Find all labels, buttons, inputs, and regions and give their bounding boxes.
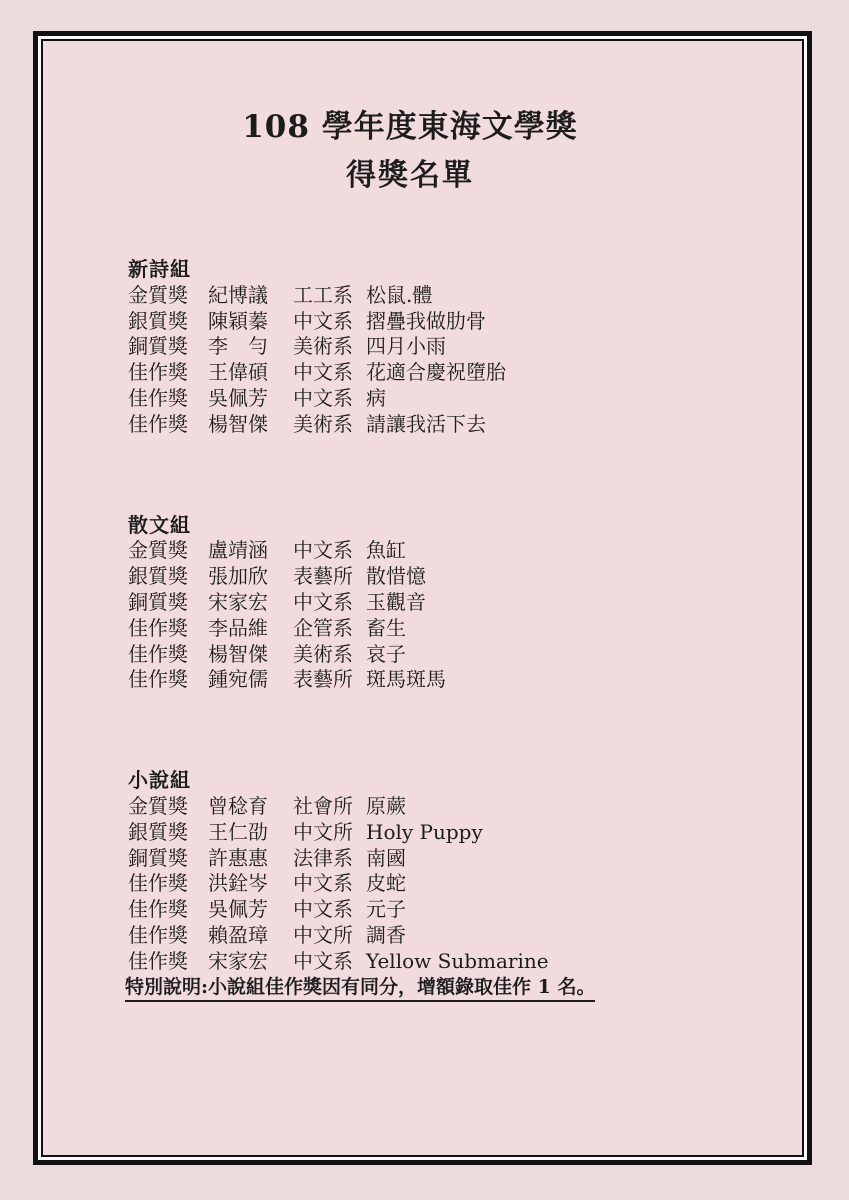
award-row: 佳作獎 賴盈璋 中文所 調香 [128, 923, 762, 949]
winner-name: 宋家宏 [208, 949, 293, 975]
award-row: 金質獎 盧靖涵 中文系 魚缸 [128, 538, 762, 564]
award-type: 佳作獎 [128, 949, 208, 975]
award-type: 金質獎 [128, 538, 208, 564]
award-row: 佳作獎 楊智傑 美術系 哀子 [128, 642, 762, 668]
work-title: 皮蛇 [366, 871, 762, 897]
award-row: 佳作獎 宋家宏 中文系 Yellow Submarine [128, 949, 762, 975]
winner-name: 曾稔育 [208, 794, 293, 820]
award-type: 銀質獎 [128, 820, 208, 846]
work-title: 花適合慶祝墮胎 [366, 360, 762, 386]
work-title: 四月小雨 [366, 334, 762, 360]
page-subtitle: 得獎名單 [43, 161, 777, 191]
winner-name: 許惠惠 [208, 846, 293, 872]
department: 表藝所 [293, 564, 366, 590]
award-type: 銀質獎 [128, 564, 208, 590]
winner-name: 洪銓岑 [208, 871, 293, 897]
award-row: 佳作獎 王偉碩 中文系 花適合慶祝墮胎 [128, 360, 762, 386]
department: 中文系 [293, 590, 366, 616]
department: 法律系 [293, 846, 366, 872]
award-row: 銅質獎 李 勻 美術系 四月小雨 [128, 334, 762, 360]
winner-name: 張加欣 [208, 564, 293, 590]
award-row: 佳作獎 楊智傑 美術系 請讓我活下去 [128, 412, 762, 438]
department: 中文系 [293, 949, 366, 975]
department: 中文系 [293, 871, 366, 897]
document-page: 108 學年度東海文學獎 得獎名單 新詩組 金質獎 紀博議 工工系 松鼠.體 銀… [43, 41, 802, 1155]
section-heading: 新詩組 [128, 257, 762, 283]
award-row: 佳作獎 吳佩芳 中文系 病 [128, 386, 762, 412]
award-type: 佳作獎 [128, 897, 208, 923]
winner-name: 王仁劭 [208, 820, 293, 846]
winner-name: 吳佩芳 [208, 897, 293, 923]
award-row: 金質獎 曾稔育 社會所 原蕨 [128, 794, 762, 820]
award-type: 佳作獎 [128, 412, 208, 438]
work-title: 散惜憶 [366, 564, 762, 590]
award-type: 佳作獎 [128, 386, 208, 412]
work-title: Holy Puppy [366, 820, 762, 846]
award-type: 銅質獎 [128, 334, 208, 360]
work-title: 斑馬斑馬 [366, 667, 762, 693]
award-type: 佳作獎 [128, 616, 208, 642]
work-title: 請讓我活下去 [366, 412, 762, 438]
award-section: 新詩組 金質獎 紀博議 工工系 松鼠.體 銀質獎 陳穎蓁 中文系 摺疊我做肋骨 … [128, 257, 762, 438]
work-title: 元子 [366, 897, 762, 923]
winner-name: 紀博議 [208, 283, 293, 309]
work-title: 松鼠.體 [366, 283, 762, 309]
winner-name: 盧靖涵 [208, 538, 293, 564]
award-row: 銀質獎 陳穎蓁 中文系 摺疊我做肋骨 [128, 309, 762, 335]
department: 中文所 [293, 820, 366, 846]
title-block: 108 學年度東海文學獎 得獎名單 [43, 41, 802, 191]
department: 中文所 [293, 923, 366, 949]
award-type: 銅質獎 [128, 590, 208, 616]
section-rows: 金質獎 曾稔育 社會所 原蕨 銀質獎 王仁劭 中文所 Holy Puppy 銅質… [128, 794, 762, 975]
work-title: 哀子 [366, 642, 762, 668]
department: 中文系 [293, 309, 366, 335]
special-note-text: 特別說明:小說組佳作獎因有同分，增額錄取佳作 1 名。 [125, 977, 595, 1002]
section-heading: 散文組 [128, 513, 762, 539]
winner-name: 鍾宛儒 [208, 667, 293, 693]
award-sections: 新詩組 金質獎 紀博議 工工系 松鼠.體 銀質獎 陳穎蓁 中文系 摺疊我做肋骨 … [43, 257, 802, 1002]
section-rows: 金質獎 盧靖涵 中文系 魚缸 銀質獎 張加欣 表藝所 散惜憶 銅質獎 宋家宏 中… [128, 538, 762, 693]
award-section: 小說組 金質獎 曾稔育 社會所 原蕨 銀質獎 王仁劭 中文所 Holy Pupp… [128, 768, 762, 1001]
department: 社會所 [293, 794, 366, 820]
award-row: 佳作獎 吳佩芳 中文系 元子 [128, 897, 762, 923]
work-title: 魚缸 [366, 538, 762, 564]
winner-name: 李 勻 [208, 334, 293, 360]
award-type: 佳作獎 [128, 923, 208, 949]
work-title: 畜生 [366, 616, 762, 642]
department: 中文系 [293, 538, 366, 564]
winner-name: 王偉碩 [208, 360, 293, 386]
winner-name: 李品維 [208, 616, 293, 642]
special-note: 特別說明:小說組佳作獎因有同分，增額錄取佳作 1 名。 [125, 975, 762, 1002]
award-row: 佳作獎 鍾宛儒 表藝所 斑馬斑馬 [128, 667, 762, 693]
winner-name: 楊智傑 [208, 642, 293, 668]
department: 表藝所 [293, 667, 366, 693]
award-type: 金質獎 [128, 283, 208, 309]
work-title: Yellow Submarine [366, 949, 762, 975]
department: 美術系 [293, 412, 366, 438]
department: 美術系 [293, 334, 366, 360]
award-type: 佳作獎 [128, 871, 208, 897]
department: 美術系 [293, 642, 366, 668]
award-type: 銅質獎 [128, 846, 208, 872]
department: 中文系 [293, 897, 366, 923]
winner-name: 楊智傑 [208, 412, 293, 438]
award-row: 佳作獎 李品維 企管系 畜生 [128, 616, 762, 642]
award-row: 銅質獎 許惠惠 法律系 南國 [128, 846, 762, 872]
winner-name: 宋家宏 [208, 590, 293, 616]
award-row: 金質獎 紀博議 工工系 松鼠.體 [128, 283, 762, 309]
work-title: 原蕨 [366, 794, 762, 820]
department: 企管系 [293, 616, 366, 642]
department: 中文系 [293, 360, 366, 386]
award-type: 佳作獎 [128, 667, 208, 693]
decorative-border-inner: 108 學年度東海文學獎 得獎名單 新詩組 金質獎 紀博議 工工系 松鼠.體 銀… [41, 39, 804, 1157]
award-row: 銀質獎 王仁劭 中文所 Holy Puppy [128, 820, 762, 846]
winner-name: 陳穎蓁 [208, 309, 293, 335]
section-rows: 金質獎 紀博議 工工系 松鼠.體 銀質獎 陳穎蓁 中文系 摺疊我做肋骨 銅質獎 … [128, 283, 762, 438]
department: 中文系 [293, 386, 366, 412]
award-type: 銀質獎 [128, 309, 208, 335]
award-section: 散文組 金質獎 盧靖涵 中文系 魚缸 銀質獎 張加欣 表藝所 散惜憶 銅質獎 宋… [128, 513, 762, 694]
award-type: 金質獎 [128, 794, 208, 820]
page-title: 108 學年度東海文學獎 [43, 112, 777, 143]
winner-name: 吳佩芳 [208, 386, 293, 412]
work-title: 調香 [366, 923, 762, 949]
section-heading: 小說組 [128, 768, 762, 794]
work-title: 南國 [366, 846, 762, 872]
award-row: 佳作獎 洪銓岑 中文系 皮蛇 [128, 871, 762, 897]
decorative-border-outer: 108 學年度東海文學獎 得獎名單 新詩組 金質獎 紀博議 工工系 松鼠.體 銀… [33, 31, 812, 1165]
winner-name: 賴盈璋 [208, 923, 293, 949]
work-title: 摺疊我做肋骨 [366, 309, 762, 335]
award-row: 銀質獎 張加欣 表藝所 散惜憶 [128, 564, 762, 590]
work-title: 玉觀音 [366, 590, 762, 616]
award-type: 佳作獎 [128, 642, 208, 668]
work-title: 病 [366, 386, 762, 412]
award-row: 銅質獎 宋家宏 中文系 玉觀音 [128, 590, 762, 616]
award-type: 佳作獎 [128, 360, 208, 386]
department: 工工系 [293, 283, 366, 309]
